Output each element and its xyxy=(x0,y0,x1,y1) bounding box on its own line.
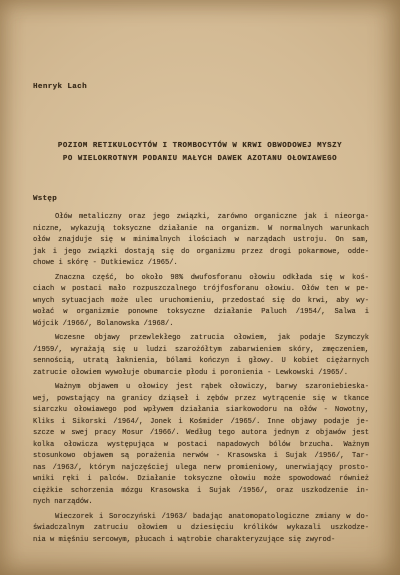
text-line: Ważnym objawem u ołowicy jest rąbek ołow… xyxy=(33,382,369,394)
text-line: Wczesne objawy przewlekłego zatrucia oło… xyxy=(33,333,369,345)
text-line: chowe i skórę - Dutkiewicz /1965/. xyxy=(33,258,369,270)
text-line: ciach w postaci mało rozpuszczalnego tró… xyxy=(33,284,369,296)
text-line: Ołów metaliczny oraz jego związki, zarów… xyxy=(33,212,369,224)
paragraph: Wieczorek i Soroczyński /1963/ badając a… xyxy=(33,512,369,547)
text-line: zatrucie ołowiem wywołuje obumarcie płod… xyxy=(33,368,369,380)
text-line: szcze w swej pracy Mosur /1966/. Według … xyxy=(33,428,369,440)
text-line: sennością, utratą łaknienia, bólami końc… xyxy=(33,356,369,368)
text-line: niczne, wykazują toksyczne działanie na … xyxy=(33,224,369,236)
section-heading: Wstęp xyxy=(33,195,57,203)
paragraph: Ważnym objawem u ołowicy jest rąbek ołow… xyxy=(33,382,369,509)
text-line: nas /1963/, którym najczęściej ulega ner… xyxy=(33,463,369,475)
text-line: stosunkowo objawem są porażenia nerwów -… xyxy=(33,451,369,463)
text-line: świadczalnym zatruciu ołowiem u dziesięc… xyxy=(33,523,369,535)
text-line: wej, powstający na granicy dziąseł i zęb… xyxy=(33,394,369,406)
text-line: kolka ołowicza występująca w postaci nap… xyxy=(33,440,369,452)
text-line: jak i jego związki dostają się do organi… xyxy=(33,247,369,259)
text-line: Kliks i Sikorski /1964/, Jonek i Kośmide… xyxy=(33,417,369,429)
title-line-1: POZIOM RETIKULOCYTÓW I TROMBOCYTÓW W KRW… xyxy=(0,140,400,153)
body-text: Ołów metaliczny oraz jego związki, zarów… xyxy=(33,212,369,549)
paragraph: Ołów metaliczny oraz jego związki, zarów… xyxy=(33,212,369,270)
text-line: siarczku ołowiawego pod wpływem działani… xyxy=(33,405,369,417)
author-name: Henryk Lach xyxy=(33,83,87,91)
paragraph: Znaczna część, bo około 98% dwufosforanu… xyxy=(33,273,369,331)
text-line: Znaczna część, bo około 98% dwufosforanu… xyxy=(33,273,369,285)
text-line: wniki ręki i palców. Działanie toksyczne… xyxy=(33,474,369,486)
text-line: Wieczorek i Soroczyński /1963/ badając a… xyxy=(33,512,369,524)
paragraph: Wczesne objawy przewlekłego zatrucia oło… xyxy=(33,333,369,379)
text-line: ciężkie schorzenia mózgu Krasowska i Suj… xyxy=(33,486,369,498)
text-line: nia w mięśniu sercowym, płucach i wątrob… xyxy=(33,535,369,547)
scanned-document-page: Henryk Lach POZIOM RETIKULOCYTÓW I TROMB… xyxy=(0,0,400,575)
text-line: /1959/, wyrażają się u ludzi szarożółtym… xyxy=(33,345,369,357)
text-line: wołać w organizmie ponowne toksyczne dzi… xyxy=(33,307,369,319)
text-line: nych narządów. xyxy=(33,497,369,509)
text-line: ołów znajduje się w minimalnych ilościac… xyxy=(33,235,369,247)
title-line-2: PO WIELOKROTNYM PODANIU MAŁYCH DAWEK AZO… xyxy=(0,153,400,166)
document-title: POZIOM RETIKULOCYTÓW I TROMBOCYTÓW W KRW… xyxy=(0,140,400,166)
text-line: wnych sytuacjach może ulec uruchomieniu,… xyxy=(33,296,369,308)
text-line: Wójcik /1966/, Bolanowska /1968/. xyxy=(33,319,369,331)
